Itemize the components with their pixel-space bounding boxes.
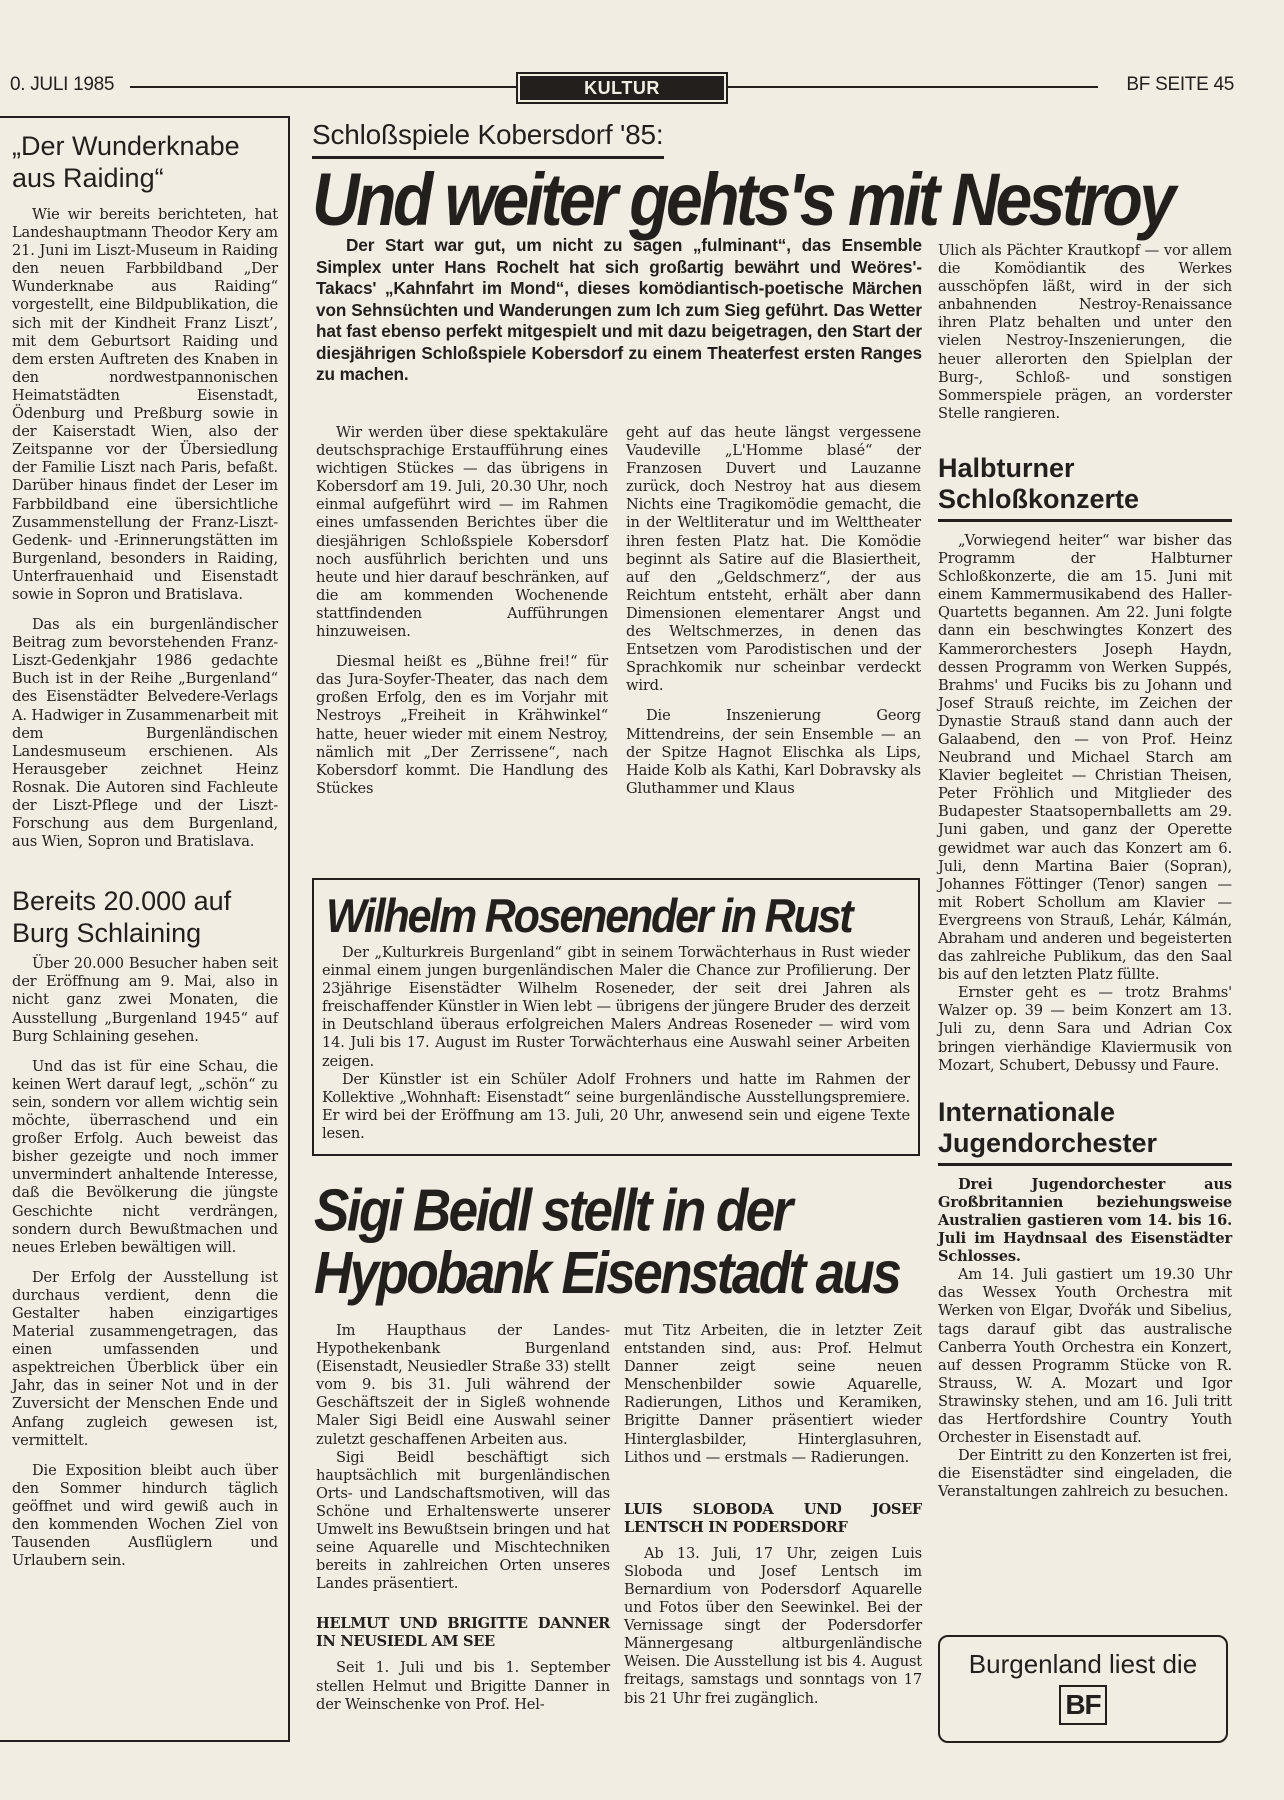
lead-text: Der Start war gut, um nicht zu sagen „fu… (316, 235, 922, 386)
issue-date: 0. JULI 1985 (10, 74, 114, 96)
paragraph: Das als ein burgenländischer Beitrag zum… (12, 616, 278, 851)
sigi-column-2: mut Titz Arbeiten, die in letzter Zeit e… (624, 1322, 922, 1708)
paragraph: Über 20.000 Besucher haben seit der Eröf… (12, 955, 278, 1045)
page-header: 0. JULI 1985 KULTUR BF SEITE 45 (0, 72, 1284, 102)
bf-logo-icon: BF (1059, 1685, 1106, 1725)
paragraph: Im Haupthaus der Landes-Hypothekenbank B… (316, 1322, 610, 1449)
article-body-wunderknabe: Wie wir bereits berichteten, hat Landesh… (12, 206, 278, 851)
article-title-jugendorchester: Internationale Jugendorchester (938, 1097, 1232, 1166)
article-title-schlaining: Bereits 20.000 auf Burg Schlaining (12, 885, 278, 949)
paragraph: Ulich als Pächter Krautkopf — vor allem … (938, 242, 1232, 423)
left-column-box: „Der Wunderknabe aus Raiding“ Wie wir be… (0, 116, 290, 1742)
paragraph: mut Titz Arbeiten, die in letzter Zeit e… (624, 1322, 922, 1467)
paragraph: Diesmal heißt es „Bühne frei!“ für das J… (316, 653, 608, 798)
header-rule-left (130, 86, 516, 88)
subhead-sloboda: LUIS SLOBODA UND JOSEF LENTSCH IN PODERS… (624, 1501, 922, 1537)
paragraph: Sigi Beidl beschäftigt sich hauptsächlic… (316, 1449, 610, 1594)
rosenender-body: Der „Kulturkreis Burgenland“ gibt in sei… (322, 944, 910, 1143)
article-body-schlaining: Über 20.000 Besucher haben seit der Eröf… (12, 955, 278, 1570)
rosenender-box: Wilhelm Rosenender in Rust Der „Kulturkr… (312, 878, 920, 1156)
article-lead: Drei Jugendorchester aus Großbritannien … (938, 1176, 1232, 1266)
subhead-danner: HELMUT UND BRIGITTE DANNER IN NEUSIEDL A… (316, 1615, 610, 1651)
paragraph: Der Eintritt zu den Konzerten ist frei, … (938, 1447, 1232, 1501)
article-kicker: Schloßspiele Kobersdorf '85: (312, 118, 664, 159)
header-rule-right (728, 86, 1098, 88)
paragraph: Seit 1. Juli und bis 1. September stelle… (316, 1659, 610, 1713)
lead-article-column-1: Wir werden über diese spektakuläre deuts… (316, 424, 608, 798)
main-headline: Und weiter gehts's mit Nestroy (312, 160, 1232, 238)
lead-article-column-3: Ulich als Pächter Krautkopf — vor allem … (938, 242, 1232, 423)
paragraph: geht auf das heute längst vergessene Vau… (626, 424, 921, 695)
lead-paragraph: Der Start war gut, um nicht zu sagen „fu… (316, 235, 922, 386)
paragraph: Die Inszenierung Georg Mittendreins, der… (626, 707, 921, 797)
paragraph: Am 14. Juli gastiert um 19.30 Uhr das We… (938, 1266, 1232, 1447)
promo-text: Burgenland liest die (940, 1649, 1226, 1679)
paragraph: Ernster geht es — trotz Brahms' Walzer o… (938, 984, 1232, 1074)
paragraph: Der Erfolg der Ausstellung ist durchaus … (12, 1269, 278, 1450)
article-body-jugendorchester: Drei Jugendorchester aus Großbritannien … (938, 1176, 1232, 1502)
section-label: KULTUR (516, 72, 728, 104)
lead-article-column-2: geht auf das heute längst vergessene Vau… (626, 424, 921, 798)
right-column: Ulich als Pächter Krautkopf — vor allem … (938, 242, 1232, 1501)
paragraph: Wie wir bereits berichteten, hat Landesh… (12, 206, 278, 604)
paragraph: Die Exposition bleibt auch über den Somm… (12, 1462, 278, 1571)
article-title-halbturn: Halbturner Schloßkonzerte (938, 453, 1232, 522)
rosenender-headline: Wilhelm Rosenender in Rust (322, 890, 910, 943)
promo-box: Burgenland liest die BF (938, 1635, 1228, 1743)
page-number: BF SEITE 45 (1126, 74, 1234, 96)
paragraph: „Vorwiegend heiter“ war bisher das Progr… (938, 532, 1232, 984)
paragraph: Der „Kulturkreis Burgenland“ gibt in sei… (322, 944, 910, 1071)
paragraph: Der Künstler ist ein Schüler Adolf Frohn… (322, 1071, 910, 1143)
article-body-halbturn: „Vorwiegend heiter“ war bisher das Progr… (938, 532, 1232, 1075)
paragraph: Wir werden über diese spektakuläre deuts… (316, 424, 608, 641)
sigi-column-1: Im Haupthaus der Landes-Hypothekenbank B… (316, 1322, 610, 1714)
section-label-text: KULTUR (520, 76, 724, 100)
article-title-wunderknabe: „Der Wunderknabe aus Raiding“ (12, 130, 278, 194)
paragraph: Ab 13. Juli, 17 Uhr, zeigen Luis Sloboda… (624, 1545, 922, 1708)
paragraph: Und das ist für eine Schau, die keinen W… (12, 1058, 278, 1257)
sigi-headline: Sigi Beidl stellt in der Hypobank Eisens… (314, 1180, 924, 1305)
